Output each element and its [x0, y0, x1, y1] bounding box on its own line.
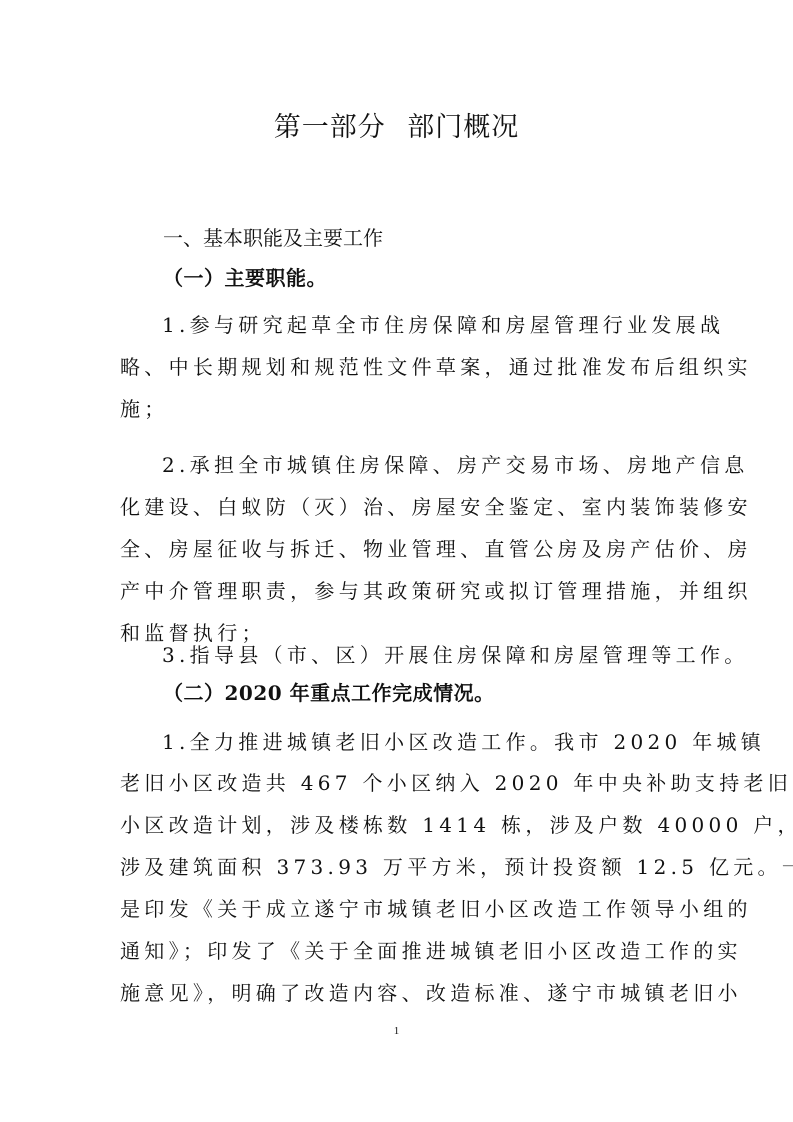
- paragraph-line: 和监督执行；: [120, 621, 680, 645]
- paragraph-line: 全、房屋征收与拆迁、物业管理、直管公房及房产估价、房: [120, 537, 680, 561]
- paragraph-line: 2.承担全市城镇住房保障、房产交易市场、房地产信息: [162, 453, 680, 477]
- paragraph-line: 1.参与研究起草全市住房保障和房屋管理行业发展战: [162, 313, 680, 337]
- paragraph-line: 化建设、白蚁防（灭）治、房屋安全鉴定、室内装饰装修安: [120, 495, 680, 519]
- paragraph-line: 老旧小区改造共 467 个小区纳入 2020 年中央补助支持老旧: [120, 771, 680, 795]
- page-number: 1: [0, 1025, 793, 1037]
- subsection-heading-main-functions: （一）主要职能。: [163, 262, 327, 291]
- paragraph-line: 略、中长期规划和规范性文件草案，通过批准发布后组织实: [120, 355, 680, 379]
- paragraph-line: 施；: [120, 397, 680, 421]
- paragraph-line: 涉及建筑面积 373.93 万平方米，预计投资额 12.5 亿元。一: [120, 855, 680, 879]
- paragraph-line: 施意见》，明确了改造内容、改造标准、遂宁市城镇老旧小: [120, 981, 680, 1005]
- paragraph-line: 3.指导县（市、区）开展住房保障和房屋管理等工作。: [162, 643, 680, 667]
- paragraph-line: 产中介管理职责，参与其政策研究或拟订管理措施，并组织: [120, 579, 680, 603]
- document-page: 第一部分 部门概况 一、基本职能及主要工作 （一）主要职能。 1.参与研究起草全…: [0, 0, 793, 1122]
- paragraph-line: 通知》；印发了《关于全面推进城镇老旧小区改造工作的实: [120, 939, 680, 963]
- subsection-heading-2020-key-work: （二）2020 年重点工作完成情况。: [163, 677, 495, 706]
- page-title: 第一部分 部门概况: [0, 105, 793, 144]
- section-heading-basic-functions: 一、基本职能及主要工作: [163, 222, 383, 251]
- paragraph-line: 小区改造计划，涉及楼栋数 1414 栋，涉及户数 40000 户，: [120, 813, 680, 837]
- paragraph-line: 是印发《关于成立遂宁市城镇老旧小区改造工作领导小组的: [120, 897, 680, 921]
- paragraph-line: 1.全力推进城镇老旧小区改造工作。我市 2020 年城镇: [162, 730, 680, 754]
